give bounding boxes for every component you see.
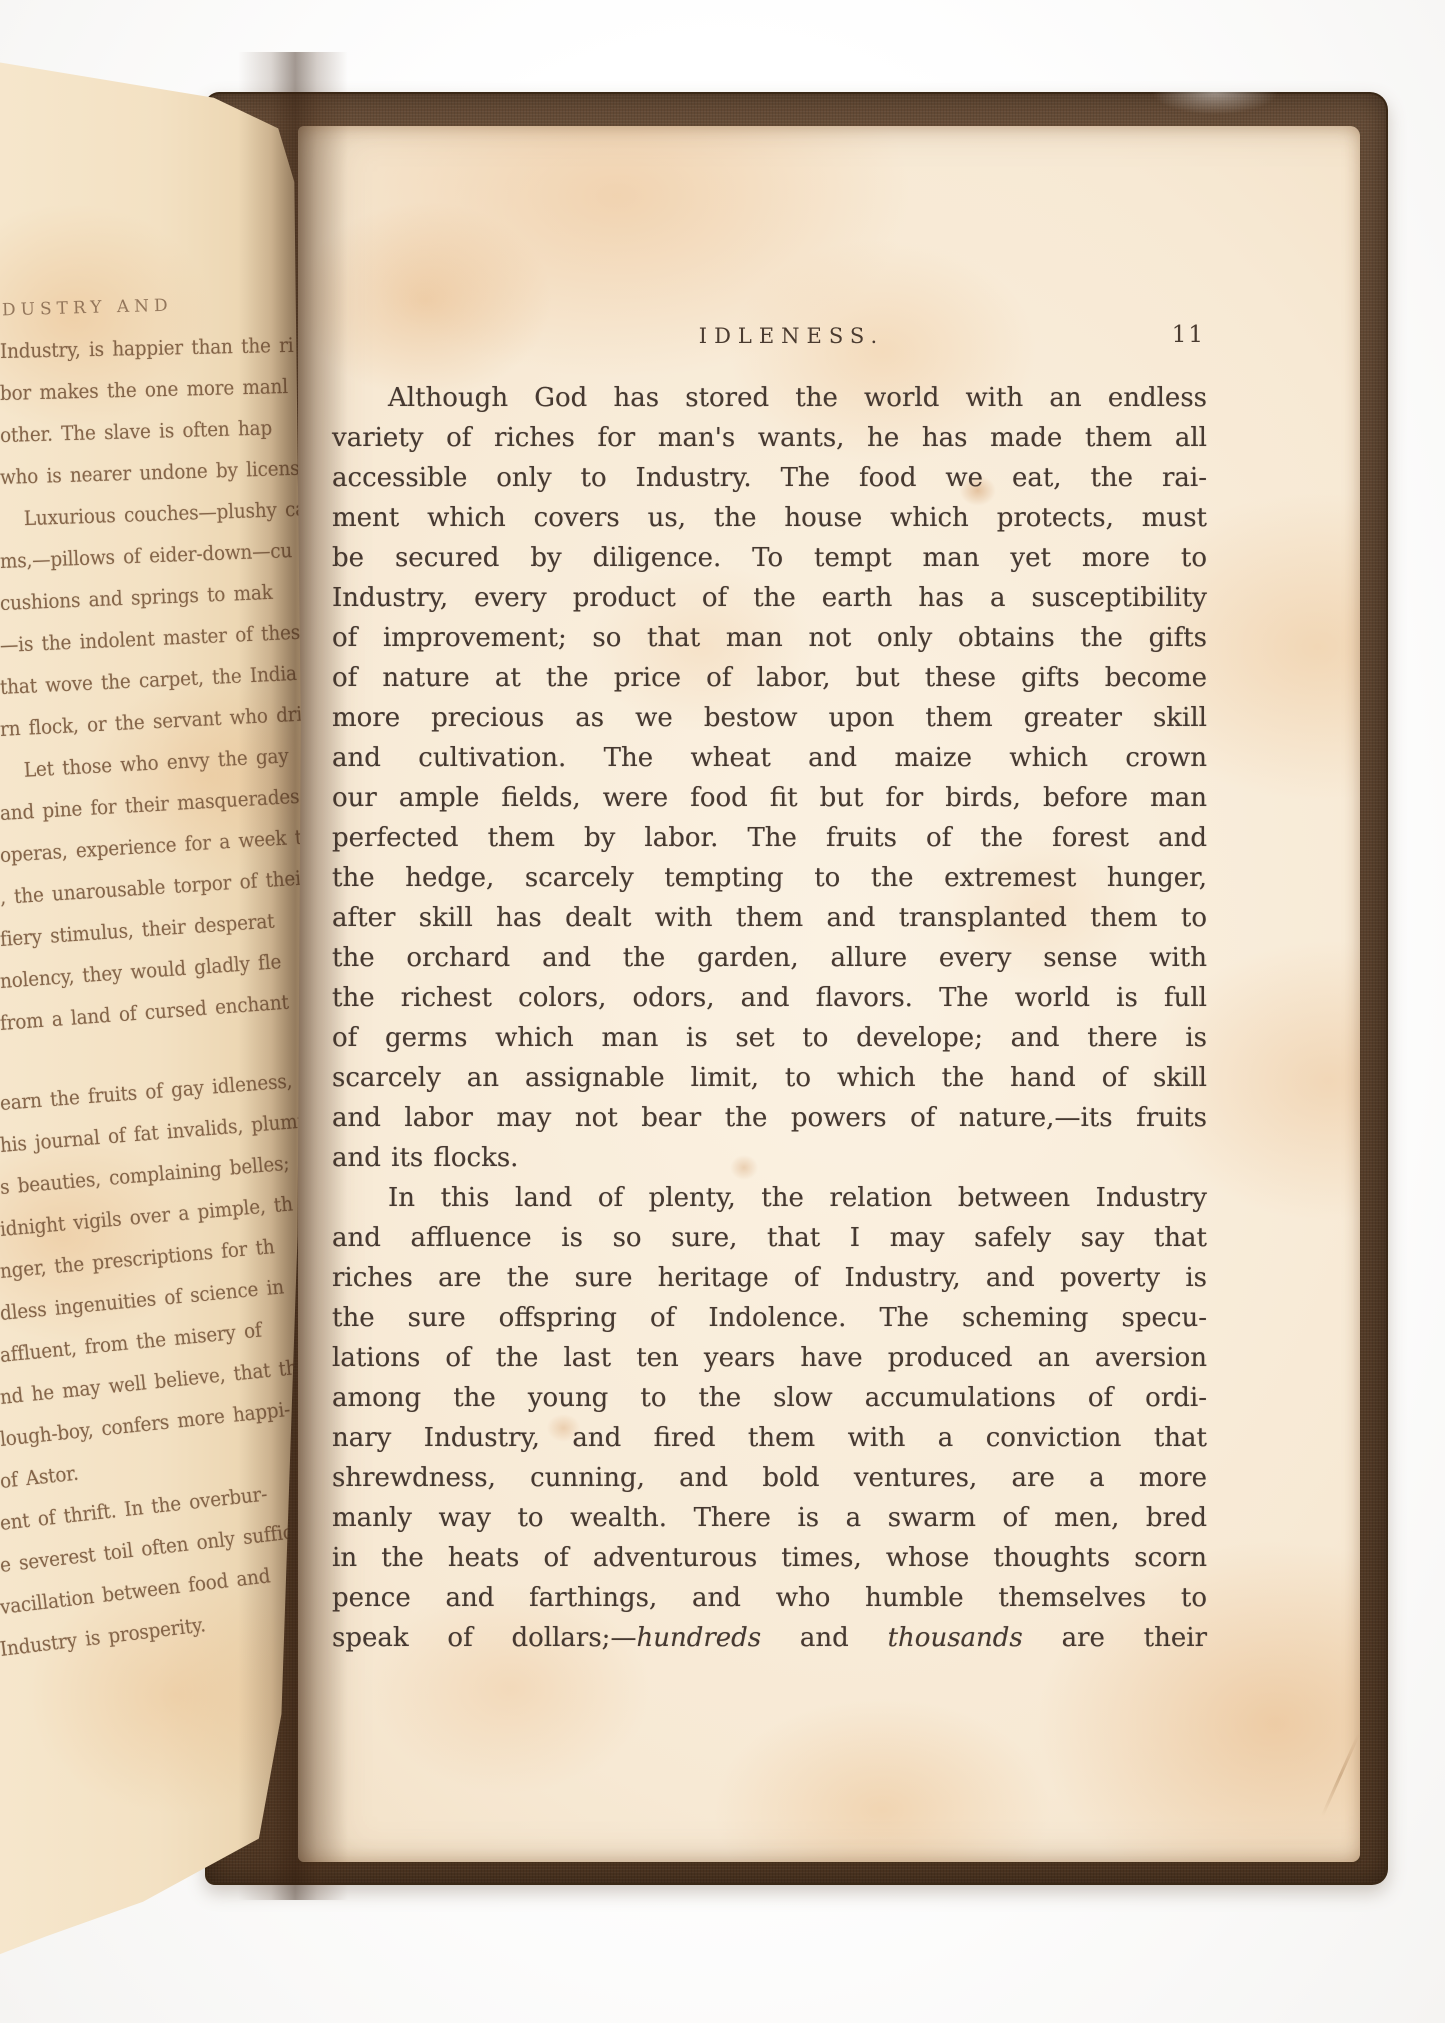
text-line: and cultivation. The wheat and maize whi… xyxy=(332,738,1207,778)
text-line: speak of dollars;—hundreds and thousands… xyxy=(332,1618,1207,1658)
text-line: Although God has stored the world with a… xyxy=(332,378,1207,418)
text-line: in the heats of adventurous times, whose… xyxy=(332,1538,1207,1578)
text-line: and labor may not bear the powers of nat… xyxy=(332,1098,1207,1138)
text-line: be secured by diligence. To tempt man ye… xyxy=(332,538,1207,578)
text-line: the sure offspring of Indolence. The sch… xyxy=(332,1298,1207,1338)
text-line: the richest colors, odors, and flavors. … xyxy=(332,978,1207,1018)
text-line: of nature at the price of labor, but the… xyxy=(332,658,1207,698)
left-page: DUSTRY AND Industry, is happier than the… xyxy=(0,48,304,1963)
text-line: our ample fields, were food fit but for … xyxy=(332,778,1207,818)
page-header-row: IDLENESS. 11 xyxy=(332,324,1207,358)
text-line: and its flocks. xyxy=(332,1138,1207,1178)
text-line: scarcely an assignable limit, to which t… xyxy=(332,1058,1207,1098)
text-line: among the young to the slow accumulation… xyxy=(332,1378,1207,1418)
text-line: after skill has dealt with them and tran… xyxy=(332,898,1207,938)
text-line: riches are the sure heritage of Industry… xyxy=(332,1258,1207,1298)
left-running-header: DUSTRY AND xyxy=(2,296,173,321)
text-line: variety of riches for man's wants, he ha… xyxy=(332,418,1207,458)
book-photo: IDLENESS. 11 Although God has stored the… xyxy=(0,0,1445,2023)
text-line: pence and farthings, and who humble them… xyxy=(332,1578,1207,1618)
text-line: Industry, every product of the earth has… xyxy=(332,578,1207,618)
text-line: lations of the last ten years have produ… xyxy=(332,1338,1207,1378)
text-line: accessible only to Industry. The food we… xyxy=(332,458,1207,498)
text-line: the hedge, scarcely tempting to the extr… xyxy=(332,858,1207,898)
text-line: nary Industry, and fired them with a con… xyxy=(332,1418,1207,1458)
text-line: more precious as we bestow upon them gre… xyxy=(332,698,1207,738)
text-line: perfected them by labor. The fruits of t… xyxy=(332,818,1207,858)
paragraph: Although God has stored the world with a… xyxy=(332,378,1207,1178)
running-header: IDLENESS. xyxy=(699,324,884,348)
page-number: 11 xyxy=(1172,322,1205,348)
text-line: manly way to wealth. There is a swarm of… xyxy=(332,1498,1207,1538)
text-line: and affluence is so sure, that I may saf… xyxy=(332,1218,1207,1258)
page-text: Although God has stored the world with a… xyxy=(332,378,1207,1658)
text-line: of germs which man is set to develope; a… xyxy=(332,1018,1207,1058)
text-line: In this land of plenty, the relation bet… xyxy=(332,1178,1207,1218)
paragraph: In this land of plenty, the relation bet… xyxy=(332,1178,1207,1658)
left-page-text: Industry, is happier than the ribor make… xyxy=(0,330,310,1670)
text-line: of improvement; so that man not only obt… xyxy=(332,618,1207,658)
text-line: shrewdness, cunning, and bold ventures, … xyxy=(332,1458,1207,1498)
text-line: Industry, is happier than the ri xyxy=(0,324,286,372)
text-line: ment which covers us, the house which pr… xyxy=(332,498,1207,538)
page-crease xyxy=(1321,1733,1360,1816)
right-page: IDLENESS. 11 Although God has stored the… xyxy=(298,126,1360,1862)
text-line: the orchard and the garden, allure every… xyxy=(332,938,1207,978)
